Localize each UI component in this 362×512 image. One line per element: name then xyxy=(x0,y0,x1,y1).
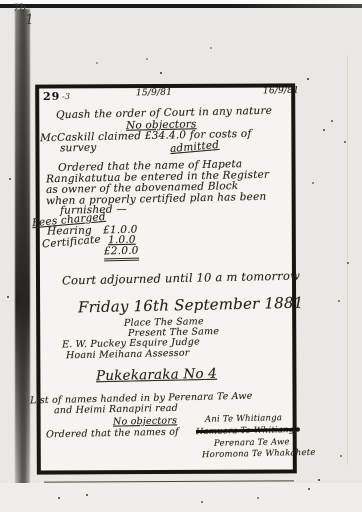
survey-claim-continuation: survey xyxy=(60,142,97,155)
bottom-paper-margin xyxy=(0,483,362,512)
scanned-minute-book-page: 7b 1 29 -3 15/9/81 16/9/81 Quash the ord… xyxy=(0,0,362,512)
paper-edge-line xyxy=(347,55,348,465)
owner-name-3: Horomona Te Whakahete xyxy=(202,448,316,460)
date-right: 16/9/81 xyxy=(263,86,299,97)
book-gutter-shadow xyxy=(15,9,30,497)
fee-total-amount: £2.0.0 xyxy=(104,245,139,262)
owner-name-inserted: Ani Te Whitianga xyxy=(205,413,282,425)
scan-noise-specks xyxy=(0,0,2,2)
page-number-note: -3 xyxy=(62,92,70,101)
block-heading: Pukekaraka No 4 xyxy=(96,366,217,385)
no-objectors-line-2: No objectors xyxy=(113,415,177,427)
scan-top-rule xyxy=(0,4,362,8)
pencil-note-number: 1 xyxy=(25,12,34,28)
date-left: 15/9/81 xyxy=(136,88,172,99)
owner-name-2: Perenara Te Awe xyxy=(214,437,290,449)
page-number: 29 xyxy=(43,90,60,103)
